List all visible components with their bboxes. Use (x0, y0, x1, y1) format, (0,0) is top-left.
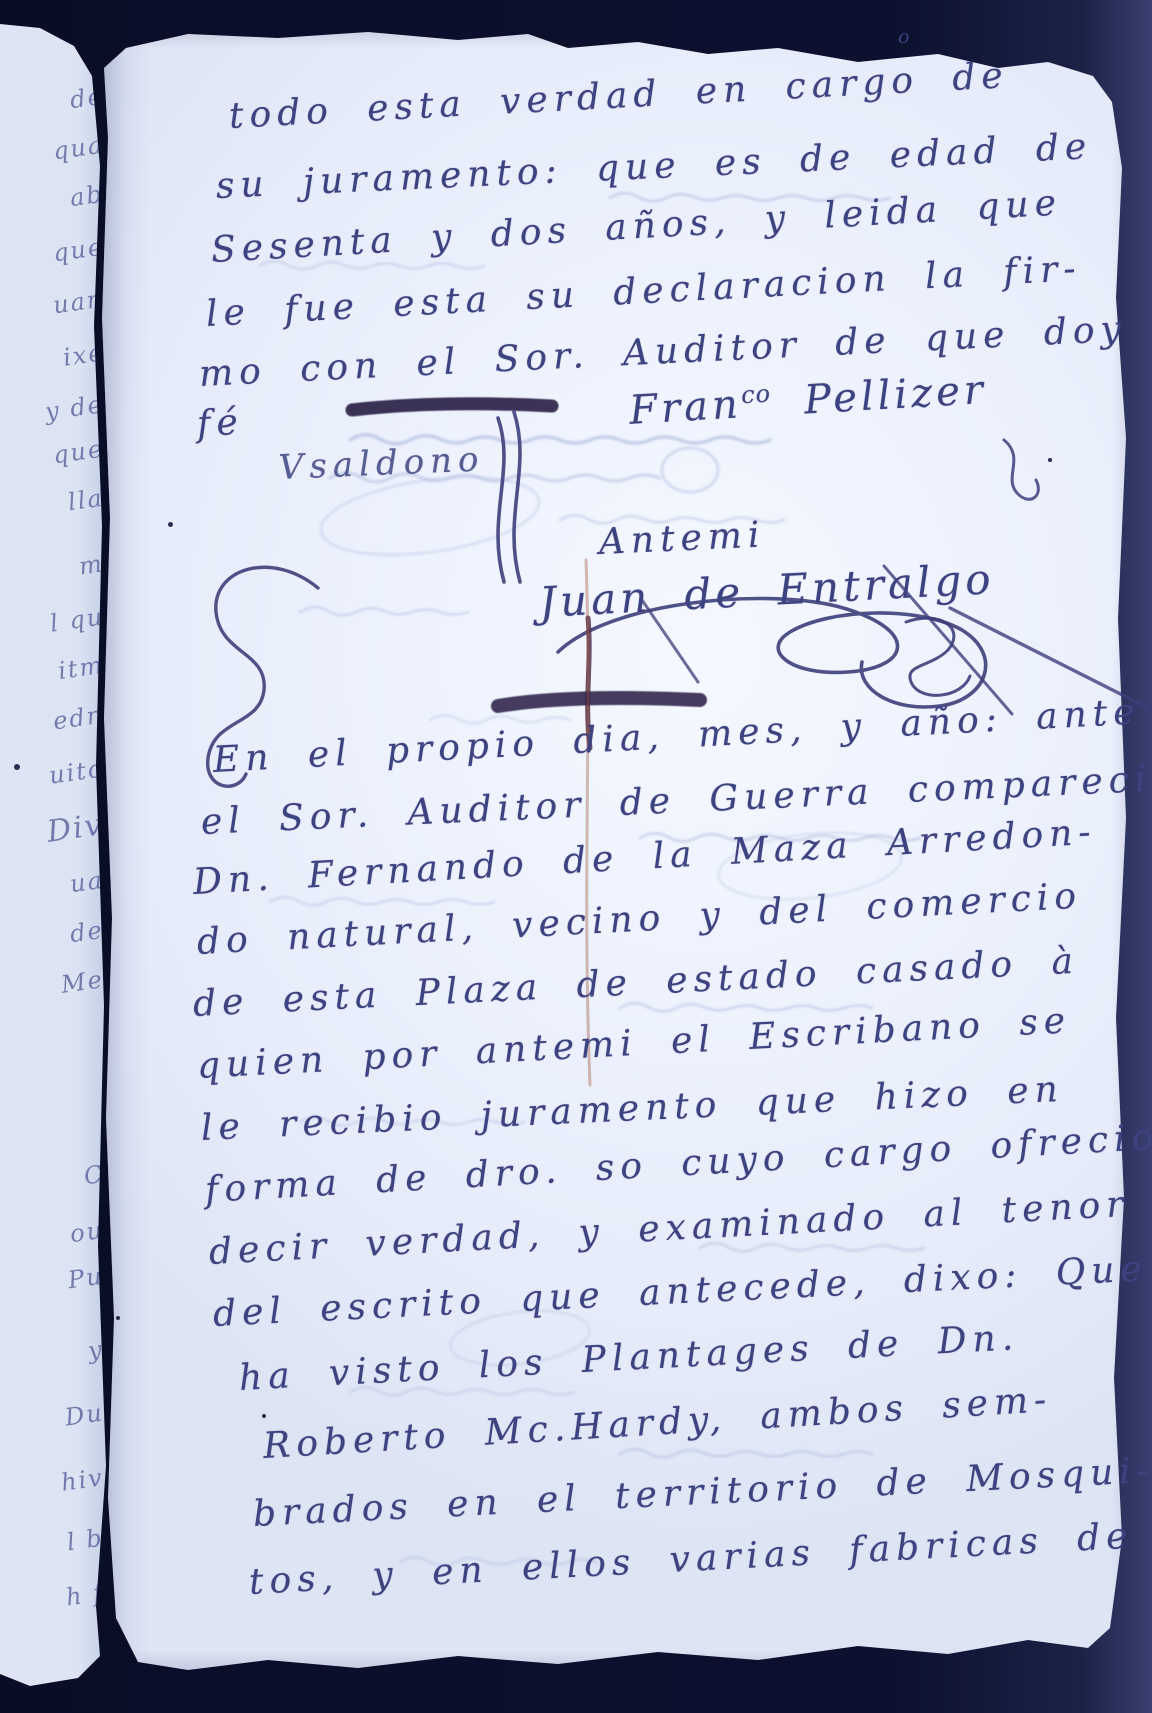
signature-given: Fran (628, 381, 743, 434)
paper-speck (14, 764, 20, 770)
previous-page-fragment: de (69, 82, 106, 114)
paper-speck (262, 1414, 266, 1418)
previous-page-fragment: y de (44, 390, 106, 426)
previous-page-fragment: ixe (61, 338, 106, 371)
paper-shading (98, 1650, 1142, 1686)
previous-page-fragment: edn (51, 701, 105, 736)
previous-page-fragment: lla (67, 484, 106, 517)
fe-word: fé (196, 402, 245, 445)
previous-page-fragment: m (77, 549, 105, 580)
paper-speck (116, 1316, 120, 1320)
paper-speck (168, 522, 173, 527)
paper-shading (1112, 18, 1142, 1686)
previous-page-fragment: l b (66, 1524, 106, 1557)
previous-page-fragment: hiv (60, 1463, 106, 1497)
previous-page-fragment: uito (47, 754, 106, 789)
previous-page-fragment: y (87, 1335, 106, 1365)
signature-superscript: co (740, 380, 771, 410)
previous-page-fragment: ab (69, 180, 106, 212)
previous-page-fragment: itm (56, 651, 106, 685)
paper-shading (98, 18, 1142, 48)
manuscript-photo: { "photo": { "background_color": "#0c113… (0, 0, 1152, 1713)
paper-shading (98, 18, 150, 1686)
previous-page-fragment: Me (59, 965, 105, 999)
paper-speck (1048, 458, 1052, 462)
ante-mi-label: Antemi (598, 514, 766, 563)
previous-page-fragment: Div (45, 807, 106, 850)
previous-page-fragment: ua (68, 866, 105, 898)
previous-page-fragment: h f (64, 1578, 105, 1611)
previous-page-fragment: de (69, 916, 106, 948)
previous-page-fragment: que (51, 233, 105, 268)
previous-page-fragment: C (82, 1160, 106, 1191)
previous-page-fragment: Du (64, 1398, 106, 1431)
previous-page-fragment: l qu (48, 602, 105, 637)
previous-page-fragment: Pu (67, 1262, 106, 1295)
previous-page-fragment: uan (51, 285, 106, 320)
previous-page-fragment: ou (68, 1216, 105, 1248)
previous-page-fragment: que (51, 435, 105, 470)
previous-page-fragment: qua (51, 131, 106, 166)
superscript-o-mark: o (898, 26, 909, 48)
